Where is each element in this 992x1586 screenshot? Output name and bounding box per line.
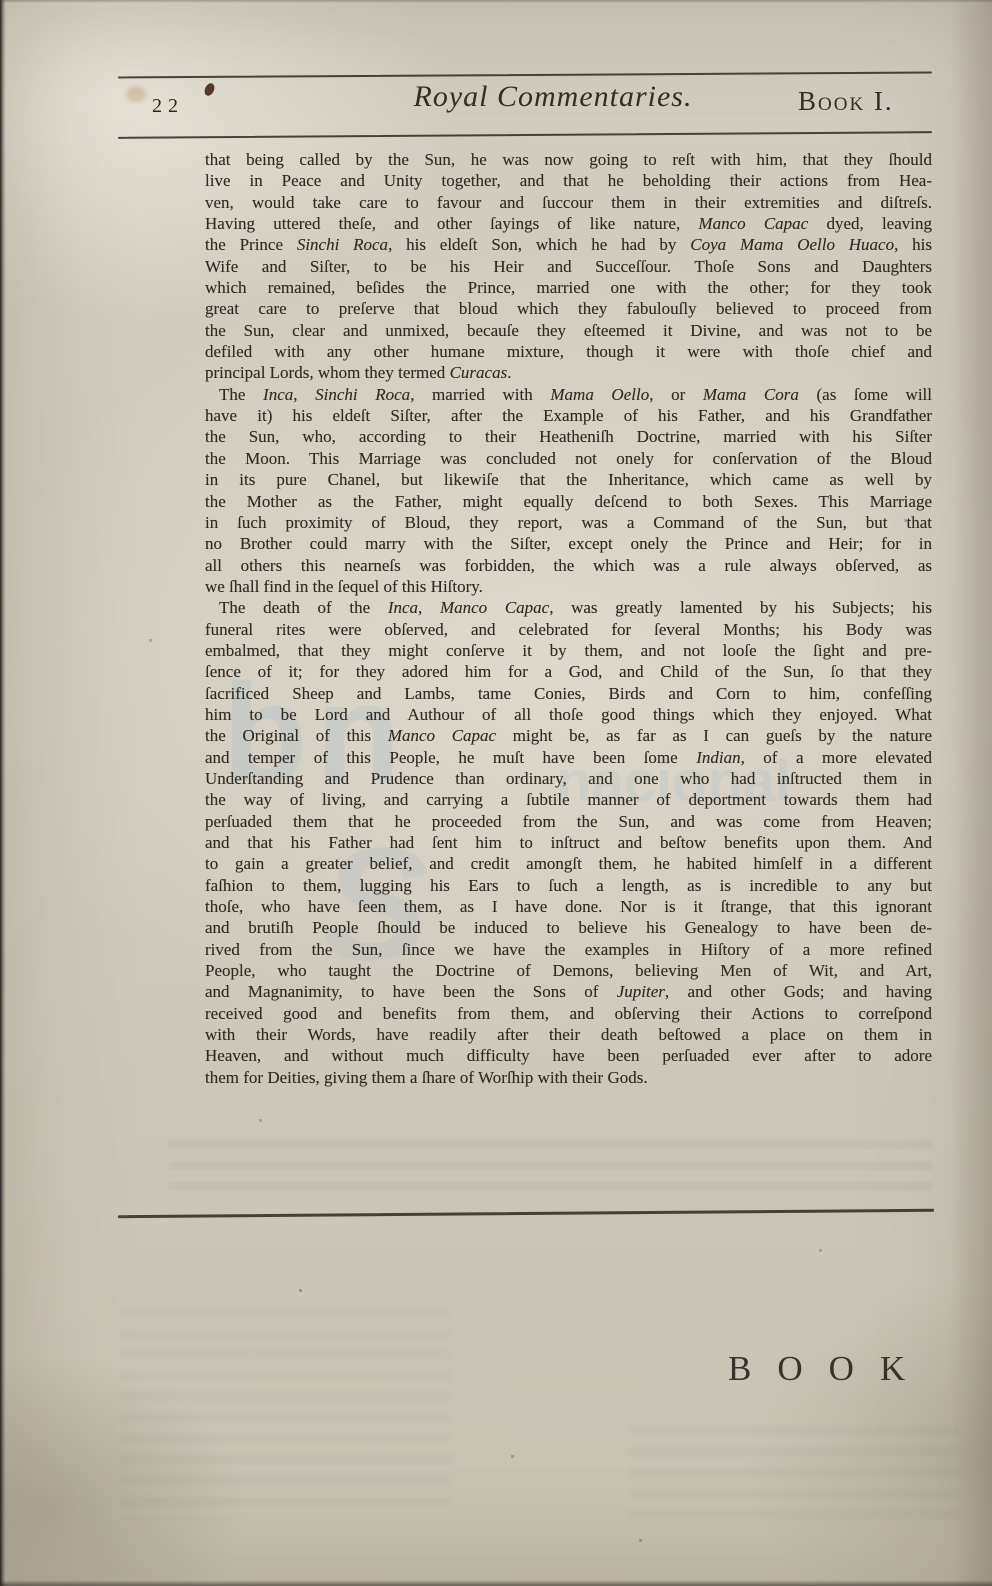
text-line: funeral rites were obſerved, and celebra…	[205, 619, 932, 640]
header-rule-bottom	[118, 131, 932, 139]
text-line: with their Words, have readily after the…	[205, 1024, 932, 1045]
text-line: live in Peace and Unity together, and th…	[205, 170, 932, 191]
text-block: that being called by the Sun, he was now…	[205, 149, 932, 1088]
scan-edge-left	[0, 0, 6, 1586]
text-line: to gain a greater belief, and credit amo…	[205, 853, 932, 874]
text-line: principal Lords, whom they termed Curaca…	[205, 362, 932, 383]
text-line: Underſtanding and Prudence than ordinary…	[205, 768, 932, 789]
text-line: ſence of it; for they adored him for a G…	[205, 661, 932, 682]
header-rule-top	[118, 72, 932, 79]
text-line: rived from the Sun, ſince we have the ex…	[205, 939, 932, 960]
text-line: we ſhall find in the ſequel of this Hiſt…	[205, 576, 932, 597]
show-through-text	[120, 1308, 450, 1520]
text-line: The Inca, Sinchi Roca, married with Mama…	[205, 384, 932, 405]
text-line: him to be Lord and Authour of all thoſe …	[205, 704, 932, 725]
show-through-text	[168, 1140, 932, 1202]
text-line: have it) his eldeſt Siſter, after the Ex…	[205, 405, 932, 426]
text-line: Heaven, and without much difficulty have…	[205, 1045, 932, 1066]
scan-edge-bottom	[0, 1580, 992, 1586]
text-line: People, who taught the Doctrine of Demon…	[205, 960, 932, 981]
text-line: defiled with any other humane mixture, t…	[205, 341, 932, 362]
text-line: all others this nearneſs was forbidden, …	[205, 555, 932, 576]
running-title: Royal Commentaries.	[388, 80, 718, 114]
text-line: and that his Father had ſent him to inſt…	[205, 832, 932, 853]
text-line: and brutiſh People ſhould be induced to …	[205, 917, 932, 938]
page-number: 22	[152, 95, 184, 118]
text-line: received good and benefits from them, an…	[205, 1003, 932, 1024]
text-line: and temper of this People, he muſt have …	[205, 747, 932, 768]
text-line: great care to preſerve that bloud which …	[205, 298, 932, 319]
section-rule	[118, 1209, 934, 1218]
text-line: the Moon. This Marriage was concluded no…	[205, 448, 932, 469]
text-line: and Magnanimity, to have been the Sons o…	[205, 981, 932, 1002]
book-title: Book I.	[798, 86, 894, 117]
ink-blot	[203, 82, 217, 98]
text-line: the Sun, who, according to their Heathen…	[205, 426, 932, 447]
text-line: embalmed, that they might conſerve it by…	[205, 640, 932, 661]
text-line: The death of the Inca, Manco Capac, was …	[205, 597, 932, 618]
text-line: the Original of this Manco Capac might b…	[205, 725, 932, 746]
catchword: BOOK	[728, 1349, 931, 1389]
text-line: the Mother as the Father, might equally …	[205, 491, 932, 512]
text-line: Having uttered theſe, and other ſayings …	[205, 213, 932, 234]
scan-edge-right	[950, 0, 992, 1586]
text-line: the Prince Sinchi Roca, his eldeſt Son, …	[205, 234, 932, 255]
scanned-book-page: bn nacional S 22 Royal Commentaries. Boo…	[0, 0, 992, 1586]
text-line: them for Deities, giving them a ſhare of…	[205, 1067, 932, 1088]
text-line: perſuaded them that he proceeded from th…	[205, 811, 932, 832]
text-line: the Sun, clear and unmixed, becauſe they…	[205, 320, 932, 341]
text-line: faſhion to them, lugging his Ears to ſuc…	[205, 875, 932, 896]
text-line: no Brother could marry with the Siſter, …	[205, 533, 932, 554]
text-line: thoſe, who have ſeen them, as I have don…	[205, 896, 932, 917]
text-line: which remained, beſides the Prince, marr…	[205, 277, 932, 298]
text-line: in ſuch proximity of Bloud, they report,…	[205, 512, 932, 533]
text-line: that being called by the Sun, he was now…	[205, 149, 932, 170]
paper-stain	[126, 86, 146, 102]
text-line: ven, would take care to favour and ſucco…	[205, 192, 932, 213]
scan-edge-top	[0, 0, 992, 3]
text-line: Wife and Siſter, to be his Heir and Succ…	[205, 256, 932, 277]
text-line: the way of living, and carrying a ſubtil…	[205, 789, 932, 810]
show-through-text	[630, 1426, 960, 1530]
text-line: ſacrificed Sheep and Lambs, tame Conies,…	[205, 683, 932, 704]
text-line: in its pure Chanel, but likewiſe that th…	[205, 469, 932, 490]
